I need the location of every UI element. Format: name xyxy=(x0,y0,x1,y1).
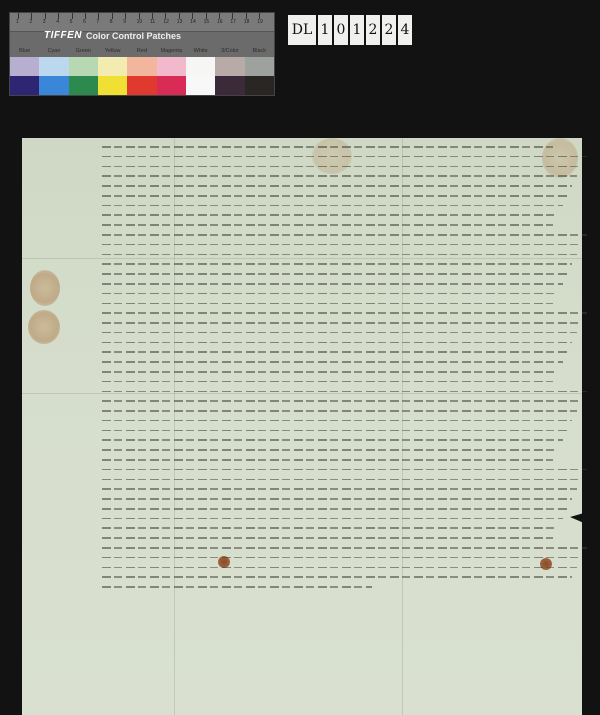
text-line xyxy=(102,263,572,265)
text-line xyxy=(102,234,587,236)
archive-id-digit: 2 xyxy=(382,15,396,45)
text-line xyxy=(102,498,572,500)
color-patch-light xyxy=(186,57,215,76)
ruler-number: 16 xyxy=(217,19,223,25)
ruler-number: 19 xyxy=(257,19,263,25)
color-patches xyxy=(10,57,274,95)
text-line xyxy=(102,371,558,373)
ruler-number: 7 xyxy=(96,19,99,25)
text-line xyxy=(102,430,568,432)
patch-column xyxy=(157,57,186,95)
text-line xyxy=(102,254,577,256)
patch-column xyxy=(69,57,98,95)
manuscript-page xyxy=(22,138,582,715)
text-line xyxy=(102,303,553,305)
patch-label: Cyan xyxy=(39,48,68,57)
color-patch-dark xyxy=(10,76,39,95)
patch-column xyxy=(245,57,274,95)
text-line xyxy=(102,322,582,324)
text-line xyxy=(102,185,572,187)
text-line xyxy=(102,361,563,363)
text-line xyxy=(102,400,582,402)
text-line xyxy=(102,586,372,588)
archive-id-digit: 4 xyxy=(398,15,412,45)
ruler-number: 15 xyxy=(204,19,210,25)
patch-label: White xyxy=(186,48,215,57)
text-line xyxy=(102,449,558,451)
patch-label: Red xyxy=(127,48,156,57)
ruler-number: 2 xyxy=(29,19,32,25)
color-patch-dark xyxy=(98,76,127,95)
stain xyxy=(30,270,60,306)
patch-column xyxy=(10,57,39,95)
text-line xyxy=(102,459,553,461)
text-line xyxy=(102,195,568,197)
text-line xyxy=(102,381,553,383)
text-line xyxy=(102,214,558,216)
text-line xyxy=(102,508,568,510)
color-patch-light xyxy=(39,57,68,76)
text-line xyxy=(102,410,577,412)
ruler-number: 4 xyxy=(56,19,59,25)
text-line xyxy=(102,547,587,549)
text-line xyxy=(102,351,568,353)
ruler-number: 8 xyxy=(110,19,113,25)
text-line xyxy=(102,342,572,344)
ruler-number: 5 xyxy=(70,19,73,25)
patch-labels: BlueCyanGreenYellowRedMagentaWhite3/Colo… xyxy=(10,48,274,57)
ruler-number: 12 xyxy=(163,19,169,25)
color-patch-light xyxy=(215,57,244,76)
ruler-number: 14 xyxy=(190,19,196,25)
color-control-chart: 12345678910111213141516171819 TIFFEN Col… xyxy=(9,12,275,96)
archive-id-label: DL 101224 xyxy=(288,15,412,45)
text-line xyxy=(102,244,582,246)
ruler-number: 6 xyxy=(83,19,86,25)
color-patch-dark xyxy=(245,76,274,95)
color-patch-dark xyxy=(157,76,186,95)
patch-label: Blue xyxy=(10,48,39,57)
archive-id-prefix: DL xyxy=(288,15,316,45)
text-line xyxy=(102,479,582,481)
text-line xyxy=(102,469,587,471)
color-patch-light xyxy=(127,57,156,76)
handwritten-text xyxy=(102,146,592,596)
ruler-number: 9 xyxy=(123,19,126,25)
patch-label: Magenta xyxy=(157,48,186,57)
patch-label: Green xyxy=(69,48,98,57)
color-patch-dark xyxy=(127,76,156,95)
text-line xyxy=(102,488,577,490)
ruler-number: 3 xyxy=(43,19,46,25)
color-patch-dark xyxy=(39,76,68,95)
archive-id-digit: 2 xyxy=(366,15,380,45)
color-patch-light xyxy=(157,57,186,76)
text-line xyxy=(102,156,587,158)
text-line xyxy=(102,439,563,441)
text-line xyxy=(102,332,577,334)
text-line xyxy=(102,224,553,226)
patch-column xyxy=(98,57,127,95)
text-line xyxy=(102,283,563,285)
text-line xyxy=(102,175,577,177)
text-line xyxy=(102,420,572,422)
color-patch-dark xyxy=(215,76,244,95)
archive-id-digit: 1 xyxy=(350,15,364,45)
text-line xyxy=(102,205,563,207)
color-patch-light xyxy=(245,57,274,76)
text-line xyxy=(102,567,577,569)
text-line xyxy=(102,557,582,559)
text-line xyxy=(102,527,558,529)
ruler-number: 10 xyxy=(137,19,143,25)
color-patch-light xyxy=(69,57,98,76)
stain xyxy=(28,310,60,344)
text-line xyxy=(102,146,553,148)
text-line xyxy=(102,293,558,295)
chart-brand: TIFFEN xyxy=(44,30,82,41)
color-patch-dark xyxy=(69,76,98,95)
text-line xyxy=(102,537,553,539)
patch-label: 3/Color xyxy=(215,48,244,57)
text-line xyxy=(102,391,587,393)
text-line xyxy=(102,576,572,578)
text-line xyxy=(102,273,568,275)
patch-column xyxy=(186,57,215,95)
color-patch-light xyxy=(10,57,39,76)
color-patch-light xyxy=(98,57,127,76)
patch-label: Black xyxy=(245,48,274,57)
patch-column xyxy=(215,57,244,95)
text-line xyxy=(102,312,587,314)
patch-label: Yellow xyxy=(98,48,127,57)
ruler-number: 13 xyxy=(177,19,183,25)
color-patch-dark xyxy=(186,76,215,95)
ruler-number: 17 xyxy=(230,19,236,25)
patch-column xyxy=(127,57,156,95)
text-line xyxy=(102,518,563,520)
archive-id-digit: 1 xyxy=(318,15,332,45)
ruler-number: 11 xyxy=(150,19,155,25)
text-line xyxy=(102,166,582,168)
ruler-number: 1 xyxy=(16,19,19,25)
chart-title: Color Control Patches xyxy=(86,31,181,41)
archive-id-digit: 0 xyxy=(334,15,348,45)
patch-column xyxy=(39,57,68,95)
ruler-number: 18 xyxy=(244,19,250,25)
